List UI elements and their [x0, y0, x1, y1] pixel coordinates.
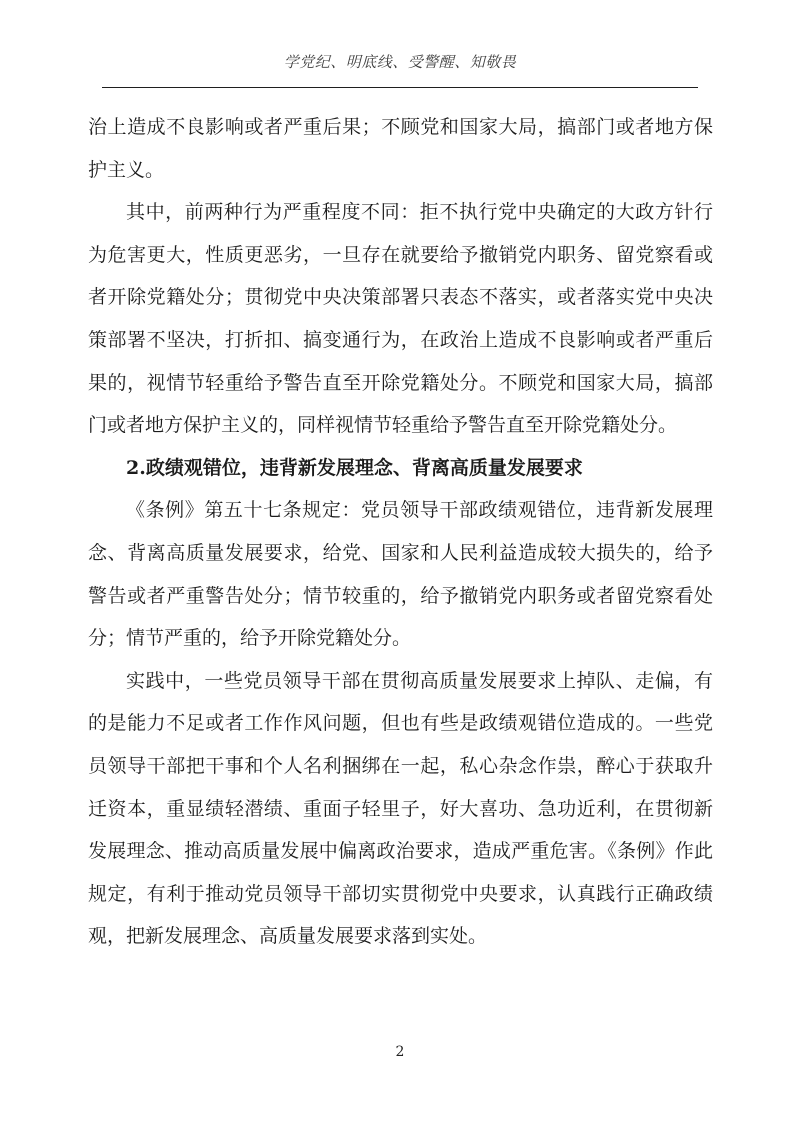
running-header: 学党纪、明底线、受警醒、知敬畏	[0, 52, 800, 72]
document-body: 治上造成不良影响或者严重后果；不顾党和国家大局，搞部门或者地方保护主义。 其中，…	[88, 106, 713, 958]
document-page: 学党纪、明底线、受警醒、知敬畏 治上造成不良影响或者严重后果；不顾党和国家大局，…	[0, 0, 800, 1131]
page-number: 2	[396, 1044, 405, 1060]
section-heading: 2.政绩观错位，违背新发展理念、背离高质量发展要求	[88, 447, 713, 490]
paragraph: 实践中，一些党员领导干部在贯彻高质量发展要求上掉队、走偏，有的是能力不足或者工作…	[88, 660, 713, 958]
paragraph-continuation: 治上造成不良影响或者严重后果；不顾党和国家大局，搞部门或者地方保护主义。	[88, 106, 713, 191]
paragraph: 《条例》第五十七条规定：党员领导干部政绩观错位，违背新发展理念、背离高质量发展要…	[88, 489, 713, 659]
page-footer: 2	[0, 1042, 800, 1062]
paragraph: 其中，前两种行为严重程度不同：拒不执行党中央确定的大政方针行为危害更大，性质更恶…	[88, 191, 713, 447]
header-divider	[102, 87, 698, 88]
header-title: 学党纪、明底线、受警醒、知敬畏	[284, 53, 517, 71]
